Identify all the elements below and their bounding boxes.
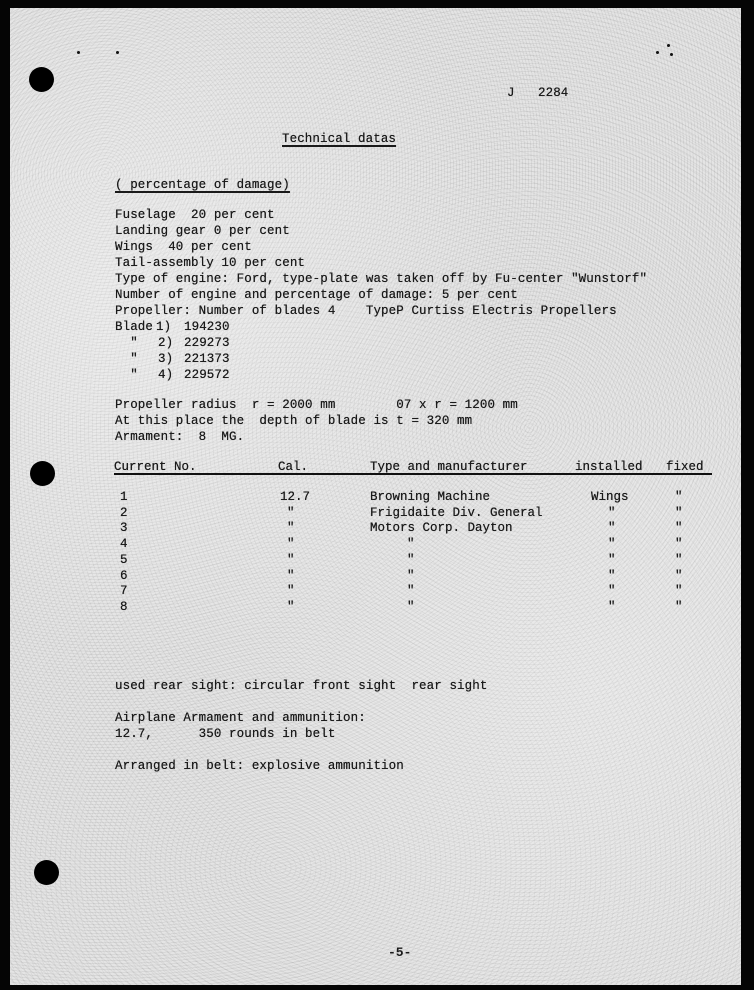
cell-cal: ": [287, 584, 295, 600]
cell-type: ": [407, 600, 415, 616]
blade-serial: 229572: [184, 368, 230, 384]
cell-fixed: ": [675, 584, 683, 600]
cell-cal: ": [287, 569, 295, 585]
damage-line-landing-gear: Landing gear 0 per cent: [115, 224, 290, 240]
cell-no: 8: [120, 600, 128, 616]
belt-line: Arranged in belt: explosive ammunition: [115, 759, 404, 775]
cell-cal: ": [287, 537, 295, 553]
cell-cal: ": [287, 506, 295, 522]
cell-no: 2: [120, 506, 128, 522]
cell-fixed: ": [675, 490, 683, 506]
cell-no: 4: [120, 537, 128, 553]
cell-cal: ": [287, 553, 295, 569]
blade-index: 1): [156, 320, 171, 336]
engine-type-line: Type of engine: Ford, type-plate was tak…: [115, 272, 647, 288]
sight-line: used rear sight: circular front sight re…: [115, 679, 487, 695]
cell-type: Frigidaite Div. General: [370, 506, 543, 522]
reference-number: 2284: [538, 86, 568, 102]
cell-no: 1: [120, 490, 128, 506]
damage-heading: ( percentage of damage): [115, 178, 290, 194]
ink-speck: [656, 51, 659, 54]
cell-installed: ": [608, 506, 616, 522]
propeller-radius-line: Propeller radius r = 2000 mm 07 x r = 12…: [115, 398, 518, 414]
cell-installed: ": [608, 537, 616, 553]
cell-type: ": [407, 569, 415, 585]
blade-label: ": [115, 368, 138, 384]
cell-type: ": [407, 553, 415, 569]
damage-line-fuselage: Fuselage 20 per cent: [115, 208, 275, 224]
ink-speck: [667, 44, 670, 47]
blade-depth-line: At this place the depth of blade is t = …: [115, 414, 472, 430]
propeller-line: Propeller: Number of blades 4 TypeP Curt…: [115, 304, 617, 320]
blade-serial: 229273: [184, 336, 230, 352]
damage-line-tail-assembly: Tail-assembly 10 per cent: [115, 256, 305, 272]
blade-index: 2): [158, 336, 173, 352]
punch-hole-bottom: [34, 860, 59, 885]
cell-type: Motors Corp. Dayton: [370, 521, 513, 537]
armament-line: Armament: 8 MG.: [115, 430, 244, 446]
blade-index: 4): [158, 368, 173, 384]
cell-type: ": [407, 537, 415, 553]
ink-speck: [116, 51, 119, 54]
cell-fixed: ": [675, 553, 683, 569]
cell-fixed: ": [675, 600, 683, 616]
cell-installed: ": [608, 569, 616, 585]
ink-speck: [670, 53, 673, 56]
cell-cal: 12.7: [280, 490, 310, 506]
cell-fixed: ": [675, 521, 683, 537]
cell-type: ": [407, 584, 415, 600]
cell-type: Browning Machine: [370, 490, 490, 506]
cell-no: 6: [120, 569, 128, 585]
blade-index: 3): [158, 352, 173, 368]
cell-fixed: ": [675, 537, 683, 553]
ammunition-heading: Airplane Armament and ammunition:: [115, 711, 366, 727]
blade-label: ": [115, 336, 138, 352]
ammunition-detail: 12.7, 350 rounds in belt: [115, 727, 335, 743]
blade-serial: 221373: [184, 352, 230, 368]
cell-installed: ": [608, 584, 616, 600]
cell-cal: ": [287, 521, 295, 537]
page-title: Technical datas: [282, 132, 396, 148]
cell-installed: ": [608, 521, 616, 537]
cell-installed: ": [608, 600, 616, 616]
table-header-rule: [114, 473, 712, 475]
punch-hole-top: [29, 67, 54, 92]
cell-no: 5: [120, 553, 128, 569]
scanned-page: J 2284 Technical datas ( percentage of d…: [0, 0, 754, 990]
page-number: -5-: [388, 945, 411, 960]
blade-serial: 194230: [184, 320, 230, 336]
cell-no: 7: [120, 584, 128, 600]
punch-hole-middle: [30, 461, 55, 486]
cell-no: 3: [120, 521, 128, 537]
blade-label: ": [115, 352, 138, 368]
engine-damage-line: Number of engine and percentage of damag…: [115, 288, 518, 304]
ink-speck: [77, 51, 80, 54]
cell-fixed: ": [675, 569, 683, 585]
damage-line-wings: Wings 40 per cent: [115, 240, 252, 256]
reference-prefix: J: [507, 86, 515, 102]
cell-installed: Wings: [591, 490, 629, 506]
cell-installed: ": [608, 553, 616, 569]
cell-cal: ": [287, 600, 295, 616]
cell-fixed: ": [675, 506, 683, 522]
blade-label: Blade: [115, 320, 153, 336]
